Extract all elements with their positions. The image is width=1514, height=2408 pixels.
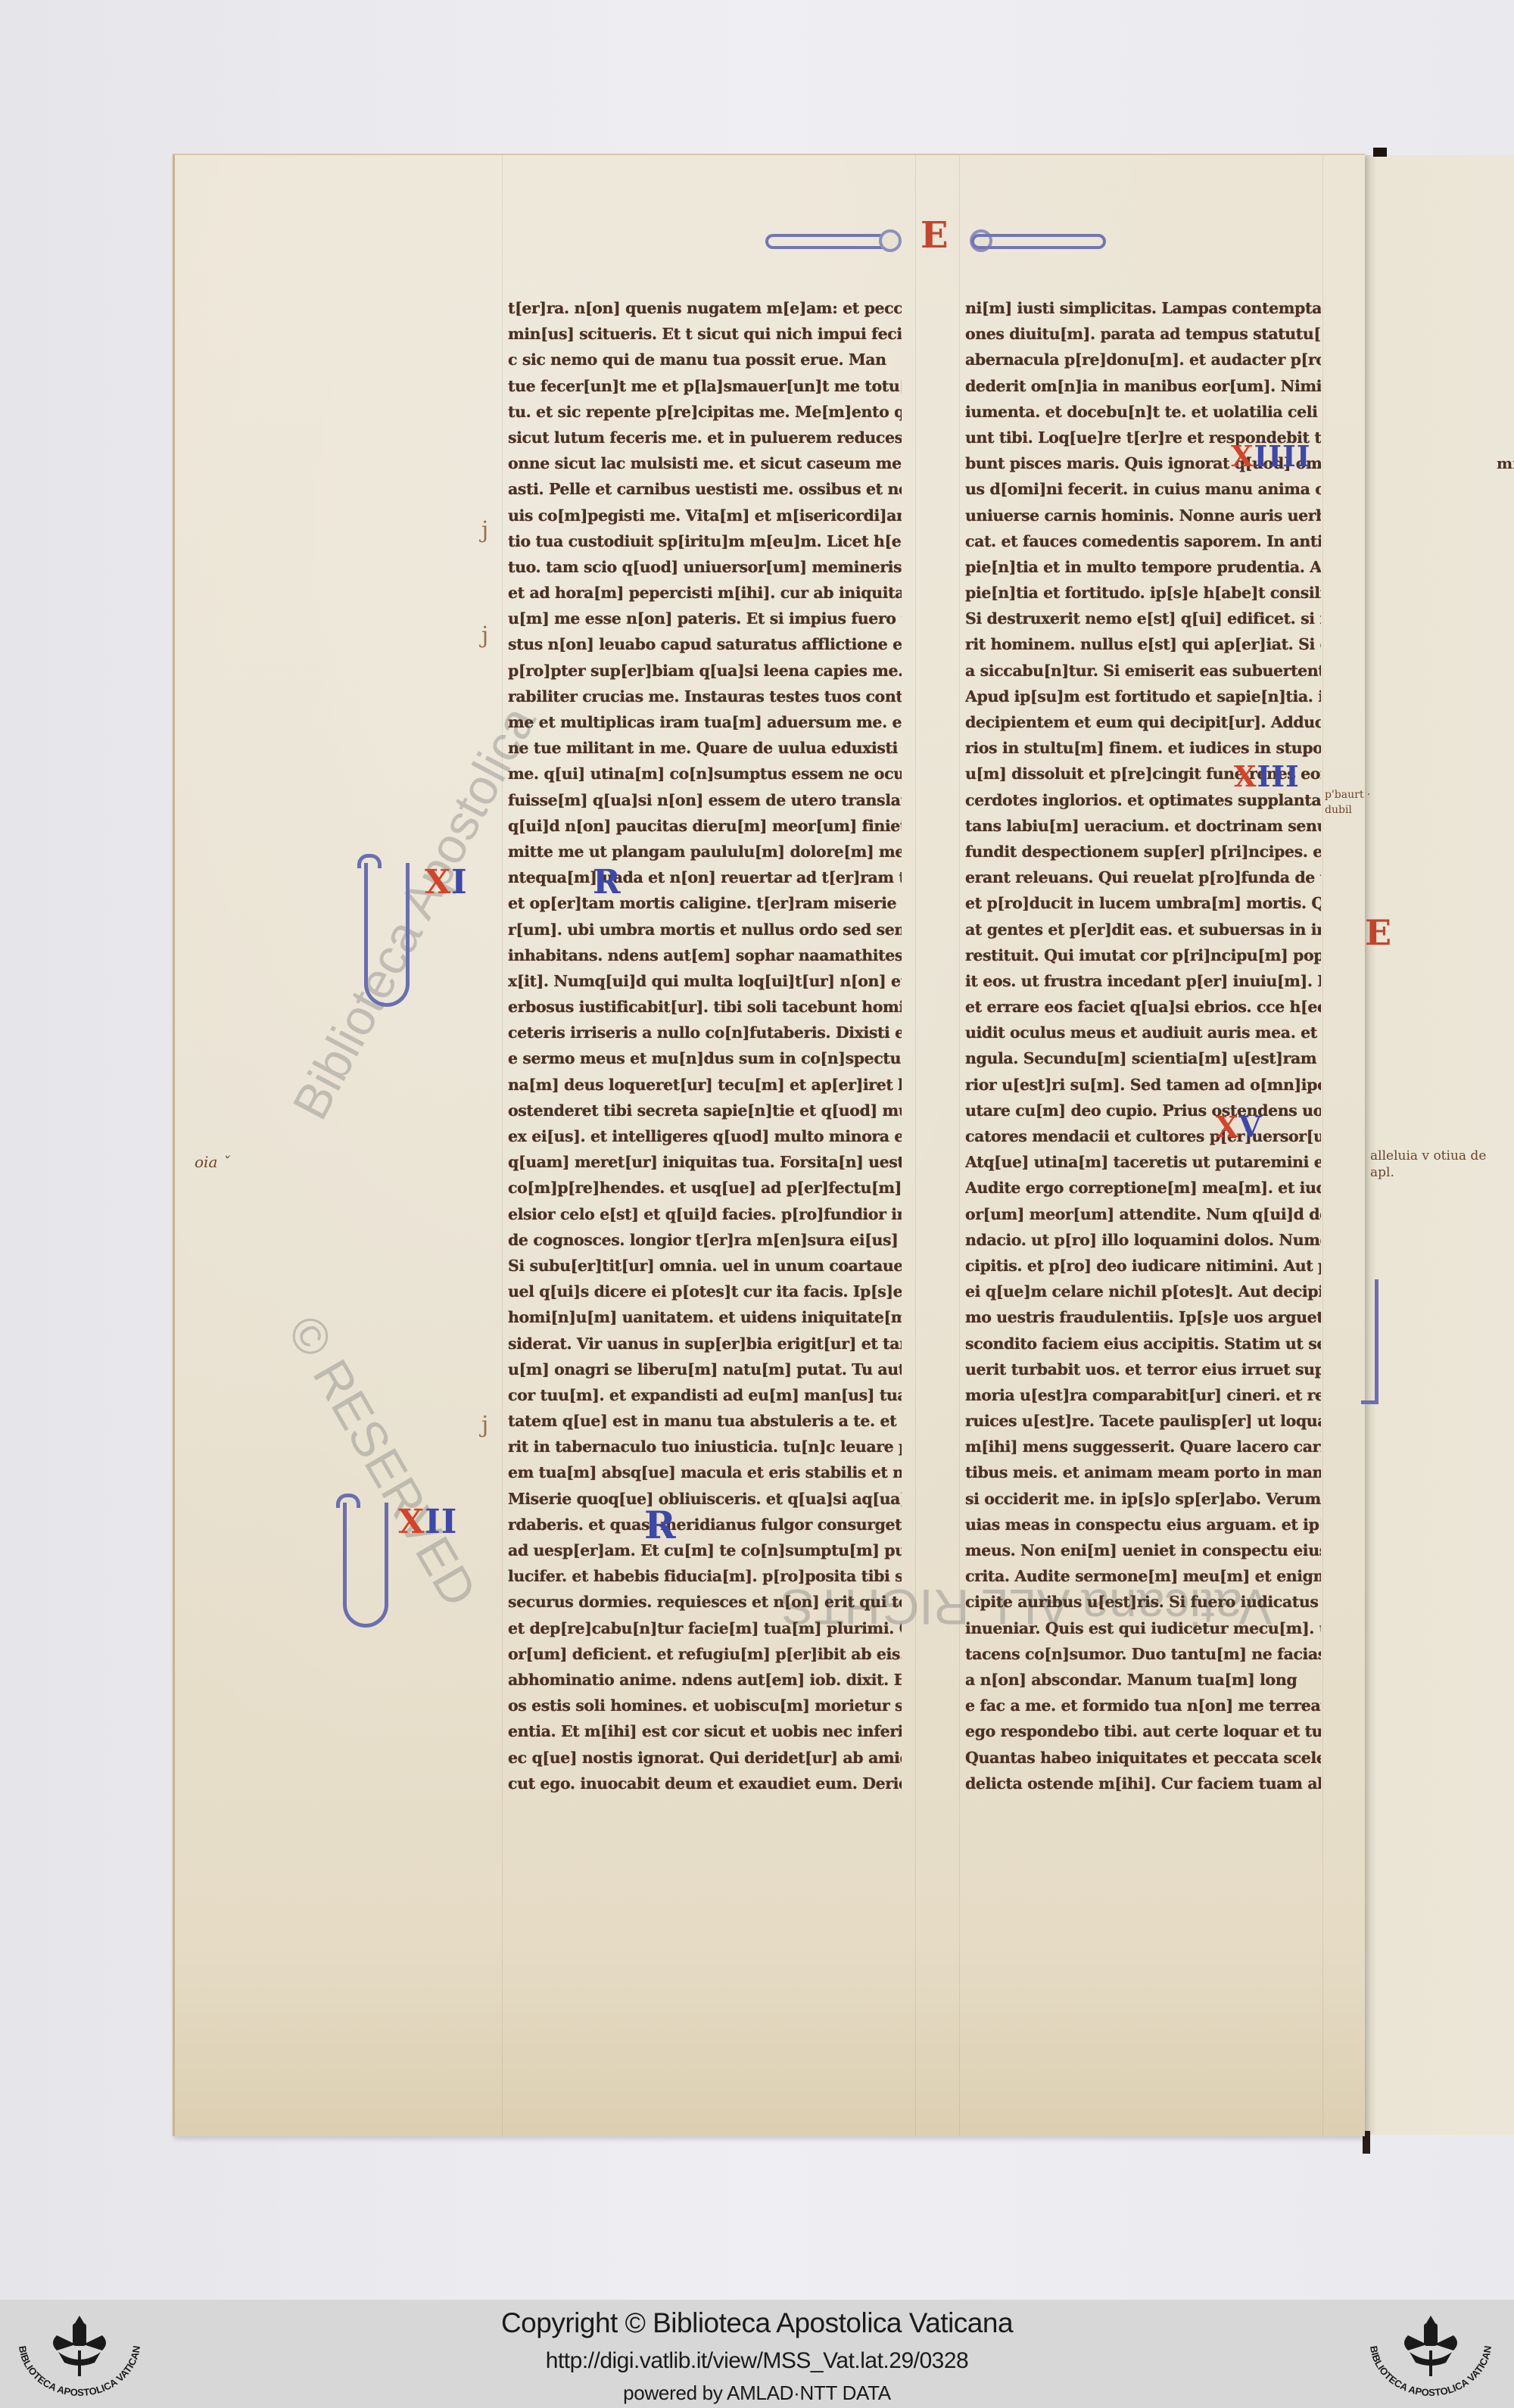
text-line: si occiderit me. in ip[s]o sp[er]abo. Ve…: [965, 1486, 1321, 1512]
text-line: homi[n]u[m] uanitatem. et uidens iniquit…: [508, 1304, 902, 1330]
powered-by-text: powered by AMLAD·NTT DATA: [0, 2382, 1514, 2405]
text-line: et op[er]tam mortis caligine. t[er]ram m…: [508, 890, 902, 916]
text-line: tuo. tam scio q[uod] uniuersor[um] memin…: [508, 554, 902, 580]
text-line: os estis soli homines. et uobiscu[m] mor…: [508, 1693, 902, 1718]
text-line: Atq[ue] utina[m] taceretis ut putaremini…: [965, 1149, 1321, 1175]
text-line: ruices u[est]re. Tacete paulisp[er] ut l…: [965, 1408, 1321, 1434]
vatican-library-logo-icon: BIBLIOTECA APOSTOLICA VATICANA: [1355, 2305, 1506, 2403]
text-line: cipitis. et p[ro] deo iudicare nitimini.…: [965, 1253, 1321, 1279]
text-line: u[m] onagri se liberu[m] natu[m] putat. …: [508, 1357, 902, 1382]
pen-flourish: [1361, 1279, 1378, 1404]
running-head-ornament: E: [765, 217, 1106, 259]
text-line: cor tuu[m]. et expandisti ad eu[m] man[u…: [508, 1382, 902, 1408]
flourish-knot: [879, 229, 902, 252]
binding-mark: [1373, 148, 1387, 157]
decorated-initial: R: [644, 1503, 676, 1547]
text-line: lucifer. et habebis fiducia[m]. p[ro]pos…: [508, 1563, 902, 1589]
text-line: ec q[ue] nostis ignorat. Qui deridet[ur]…: [508, 1745, 902, 1771]
text-column-left: t[er]ra. n[on] quenis nugatem m[e]am: et…: [508, 295, 902, 1796]
text-line: a siccabu[n]tur. Si emiserit eas subuert…: [965, 658, 1321, 684]
running-head-letter: E: [921, 214, 949, 257]
decorated-initial: R: [593, 863, 621, 902]
text-line: mitte me ut plangam paululu[m] dolore[m]…: [508, 839, 902, 864]
text-line: min[us] scitueris. Et t sicut qui nich i…: [508, 321, 902, 347]
text-line: ones diuitu[m]. parata ad tempus statutu…: [965, 321, 1321, 347]
vatican-library-logo-icon: BIBLIOTECA APOSTOLICA VATICANA: [4, 2305, 155, 2403]
text-line: cipite auribus u[est]ris. Si fuero iudic…: [965, 1589, 1321, 1615]
text-line: t[er]ra. n[on] quenis nugatem m[e]am: et…: [508, 295, 902, 321]
text-line: e fac a me. et formido tua n[on] me terr…: [965, 1693, 1321, 1718]
text-line: et ad hora[m] pepercisti m[ihi]. cur ab …: [508, 580, 902, 606]
text-line: ex ei[us]. et intelligeres q[uod] multo …: [508, 1123, 902, 1149]
marginal-note: oia ˇ: [195, 1153, 230, 1171]
text-line: tacens co[n]sumor. Duo tantu[m] ne facia…: [965, 1641, 1321, 1667]
copyright-text: Copyright © Biblioteca Apostolica Vatica…: [0, 2307, 1514, 2339]
text-line: Audite ergo correptione[m] mea[m]. et iu…: [965, 1175, 1321, 1201]
text-line: pie[n]tia et in multo tempore prudentia.…: [965, 554, 1321, 580]
text-line: de cognosces. longior t[er]ra m[en]sura …: [508, 1227, 902, 1253]
text-line: rit in tabernaculo tuo iniusticia. tu[n]…: [508, 1434, 902, 1459]
text-line: siderat. Vir uanus in sup[er]bia erigit[…: [508, 1331, 902, 1357]
pen-flourish: [364, 863, 410, 1007]
text-line: r[um]. ubi umbra mortis et nullus ordo s…: [508, 917, 902, 942]
text-line: meus. Non eni[m] ueniet in conspectu eiu…: [965, 1537, 1321, 1563]
text-line: tio tua custodiuit sp[iritu]m m[eu]m. Li…: [508, 528, 902, 554]
text-line: uel q[ui]s dicere ei p[otes]t cur ita fa…: [508, 1279, 902, 1304]
text-line: securus dormies. requiesces et n[on] eri…: [508, 1589, 902, 1615]
text-line: it eos. ut frustra incedant p[er] inuiu[…: [965, 968, 1321, 994]
text-line: cut ego. inuocabit deum et exaudiet eum.…: [508, 1771, 902, 1796]
text-line: utare cu[m] deo cupio. Prius ostendens u…: [965, 1098, 1321, 1123]
text-line: tibus meis. et animam meam porto in mani…: [965, 1459, 1321, 1485]
text-line: ad uesp[er]am. Et cu[m] te co[n]sumptu[m…: [508, 1537, 902, 1563]
text-line: abhominatio anime. ndens aut[em] iob. di…: [508, 1667, 902, 1693]
decorated-initial: E: [1365, 912, 1391, 953]
text-line: ei q[ue]m celare nichil p[otes]t. Aut de…: [965, 1279, 1321, 1304]
text-line: abernacula p[re]donu[m]. et audacter p[r…: [965, 347, 1321, 372]
text-line: entia. Et m[ihi] est cor sicut et uobis …: [508, 1718, 902, 1744]
text-line: tue fecer[un]t me et p[la]smauer[un]t me…: [508, 373, 902, 399]
marginal-mark: j: [481, 517, 488, 544]
text-line: fuisse[m] q[ua]si n[on] essem de utero t…: [508, 787, 902, 813]
chapter-number-xi: XI: [425, 863, 468, 902]
text-line: me. q[ui] utina[m] co[n]sumptus essem ne…: [508, 761, 902, 787]
ruling-line: [959, 155, 960, 2136]
flourish-cap: [336, 1494, 360, 1508]
text-line: c sic nemo qui de manu tua possit erue. …: [508, 347, 902, 372]
text-line: rior u[est]ri su[m]. Sed tamen ad o[mn]i…: [965, 1072, 1321, 1098]
text-line: ntequa[m] uada et n[on] reuertar ad t[er…: [508, 864, 902, 890]
text-line: ndacio. ut p[ro] illo loquamini dolos. N…: [965, 1227, 1321, 1253]
text-line: ni[m] iusti simplicitas. Lampas contempt…: [965, 295, 1321, 321]
chapter-number-xiv: XIII: [1234, 759, 1300, 793]
text-line: ego respondebo tibi. aut certe loquar et…: [965, 1718, 1321, 1744]
text-line: m[ihi] mens suggesserit. Quare lacero ca…: [965, 1434, 1321, 1459]
next-folio-text: mnftcrodselabiuqpmntcefrosautfledicbnosa…: [1497, 450, 1514, 476]
text-line: sicut lutum feceris me. et in puluerem r…: [508, 425, 902, 450]
text-line: ostenderet tibi secreta sapie[n]tie et q…: [508, 1098, 902, 1123]
marginal-mark: j: [481, 1412, 488, 1438]
text-line: uis co[m]pegisti me. Vita[m] et m[iseric…: [508, 503, 902, 528]
text-line: or[um] deficient. et refugiu[m] p[er]ibi…: [508, 1641, 902, 1667]
marginal-note: p'baurt · dubil: [1325, 787, 1378, 818]
text-line: a n[on] abscondar. Manum tua[m] long: [965, 1667, 1321, 1693]
chapter-number-xiii: XIIII: [1231, 439, 1311, 473]
pen-flourish: [343, 1503, 388, 1628]
text-line: ngula. Secundu[m] scientia[m] u[est]ram …: [965, 1045, 1321, 1071]
text-line: rdaberis. et quasi meridianus fulgor con…: [508, 1512, 902, 1537]
text-line: cat. et fauces comedentis saporem. In an…: [965, 528, 1321, 554]
text-line: delicta ostende m[ihi]. Cur faciem tuam …: [965, 1771, 1321, 1796]
text-column-right: ni[m] iusti simplicitas. Lampas contempt…: [965, 295, 1321, 1796]
copyright-footer: Copyright © Biblioteca Apostolica Vatica…: [0, 2300, 1514, 2408]
text-line: me et multiplicas iram tua[m] aduersum m…: [508, 709, 902, 735]
next-folio-edge: mnftcrodselabiuqpmntcefrosautfledicbnosa…: [1363, 155, 1514, 2135]
svg-text:BIBLIOTECA APOSTOLICA VATICANA: BIBLIOTECA APOSTOLICA VATICANA: [4, 2305, 142, 2398]
text-line: Apud ip[su]m est fortitudo et sapie[n]ti…: [965, 684, 1321, 709]
text-line: restituit. Qui imutat cor p[ri]ncipu[m] …: [965, 942, 1321, 968]
text-line: tatem q[ue] est in manu tua abstuleris a…: [508, 1408, 902, 1434]
text-line: q[uam] meret[ur] iniquitas tua. Forsita[…: [508, 1149, 902, 1175]
text-line: mo uestris fraudulentiis. Ip[s]e uos arg…: [965, 1304, 1321, 1330]
text-line: us d[omi]ni fecerit. in cuius manu anima…: [965, 476, 1321, 502]
chapter-number-xv: XV: [1216, 1110, 1262, 1144]
text-line: ceteris irriseris a nullo co[n]futaberis…: [508, 1020, 902, 1045]
text-line: catores mendacii et cultores p[er]uersor…: [965, 1123, 1321, 1149]
source-url[interactable]: http://digi.vatlib.it/view/MSS_Vat.lat.2…: [0, 2348, 1514, 2374]
text-line: uidit oculus meus et audiuit auris mea. …: [965, 1020, 1321, 1045]
text-line: rit hominem. nullus e[st] qui ap[er]iat.…: [965, 631, 1321, 657]
text-line: erant releuans. Qui reuelat p[ro]funda d…: [965, 864, 1321, 890]
text-line: p[ro]pter sup[er]biam q[ua]si leena capi…: [508, 658, 902, 684]
text-line: at gentes et p[er]dit eas. et subuersas …: [965, 917, 1321, 942]
text-line: moria u[est]ra comparabit[ur] cineri. et…: [965, 1382, 1321, 1408]
text-line: uerit turbabit uos. et terror eius irrue…: [965, 1357, 1321, 1382]
text-line: fundit despectionem sup[er] p[ri]ncipes.…: [965, 839, 1321, 864]
svg-text:BIBLIOTECA APOSTOLICA VATICANA: BIBLIOTECA APOSTOLICA VATICANA: [1355, 2305, 1494, 2398]
text-line: u[m] me esse n[on] pateris. Et si impius…: [508, 606, 902, 631]
text-line: stus n[on] leuabo capud saturatus afflic…: [508, 631, 902, 657]
text-line: crita. Audite sermone[m] meu[m] et enigm…: [965, 1563, 1321, 1589]
text-line: et p[ro]ducit in lucem umbra[m] mortis. …: [965, 890, 1321, 916]
text-line: Si destruxerit nemo e[st] q[ui] edificet…: [965, 606, 1321, 631]
text-line: scondito faciem eius accipitis. Statim u…: [965, 1331, 1321, 1357]
text-line: iumenta. et docebu[n]t te. et uolatilia …: [965, 399, 1321, 425]
text-line: tans labiu[m] ueracium. et doctrinam sen…: [965, 813, 1321, 839]
text-line: tu. et sic repente p[re]cipitas me. Me[m…: [508, 399, 902, 425]
text-line: or[um] meor[um] attendite. Num q[ui]d de…: [965, 1201, 1321, 1227]
text-line: inhabitans. ndens aut[em] sophar naamath…: [508, 942, 902, 968]
text-line: rios in stultu[m] finem. et iudices in s…: [965, 735, 1321, 761]
text-line: rabiliter crucias me. Instauras testes t…: [508, 684, 902, 709]
text-line: inueniar. Quis est qui iudicetur mecu[m]…: [965, 1615, 1321, 1641]
text-line: uniuerse carnis hominis. Nonne auris uer…: [965, 503, 1321, 528]
watermark-text: Biblioteca Apostolica: [281, 696, 547, 1128]
text-line: na[m] deus loqueret[ur] tecu[m] et ap[er…: [508, 1072, 902, 1098]
text-line: dederit om[n]ia in manibus eor[um]. Nimi…: [965, 373, 1321, 399]
text-line: Si subu[er]tit[ur] omnia. uel in unum co…: [508, 1253, 902, 1279]
marginal-mark: j: [481, 622, 488, 649]
text-line: q[ui]d n[on] paucitas dieru[m] meor[um] …: [508, 813, 902, 839]
text-line: et dep[re]cabu[n]tur facie[m] tua[m] plu…: [508, 1615, 902, 1641]
text-line: Quantas habeo iniquitates et peccata sce…: [965, 1745, 1321, 1771]
text-line: x[it]. Numq[ui]d qui multa loq[ui]t[ur] …: [508, 968, 902, 994]
manuscript-folio: E Biblioteca Apostolica © RESERVED Vatic…: [173, 154, 1365, 2136]
flourish-cap: [357, 854, 382, 868]
ruling-line: [502, 155, 503, 2136]
text-line: onne sicut lac mulsisti me. et sicut cas…: [508, 450, 902, 476]
text-line: et errare eos faciet q[ua]si ebrios. cce…: [965, 994, 1321, 1020]
chapter-number-xii: XII: [398, 1503, 457, 1541]
text-line: asti. Pelle et carnibus uestisti me. oss…: [508, 476, 902, 502]
text-line: uias meas in conspectu eius arguam. et i…: [965, 1512, 1321, 1537]
text-line: e sermo meus et mu[n]dus sum in co[n]spe…: [508, 1045, 902, 1071]
text-line: decipientem et eum qui decipit[ur]. Addu…: [965, 709, 1321, 735]
text-line: pie[n]tia et fortitudo. ip[s]e h[abe]t c…: [965, 580, 1321, 606]
text-line: ne tue militant in me. Quare de uulua ed…: [508, 735, 902, 761]
flourish-right: [971, 234, 1106, 249]
marginal-note: alleluia v otiua de apl.: [1370, 1148, 1499, 1181]
text-line: m: [1497, 454, 1512, 472]
text-line: co[m]p[re]hendes. et usq[ue] ad p[er]fec…: [508, 1175, 902, 1201]
text-line: elsior celo e[st] et q[ui]d facies. p[ro…: [508, 1201, 902, 1227]
ruling-line: [915, 155, 916, 2136]
text-line: Miserie quoq[ue] obliuisceris. et q[ua]s…: [508, 1486, 902, 1512]
ruling-line: [1322, 155, 1323, 2136]
text-line: em tua[m] absq[ue] macula et eris stabil…: [508, 1459, 902, 1485]
text-line: erbosus iustificabit[ur]. tibi soli tace…: [508, 994, 902, 1020]
